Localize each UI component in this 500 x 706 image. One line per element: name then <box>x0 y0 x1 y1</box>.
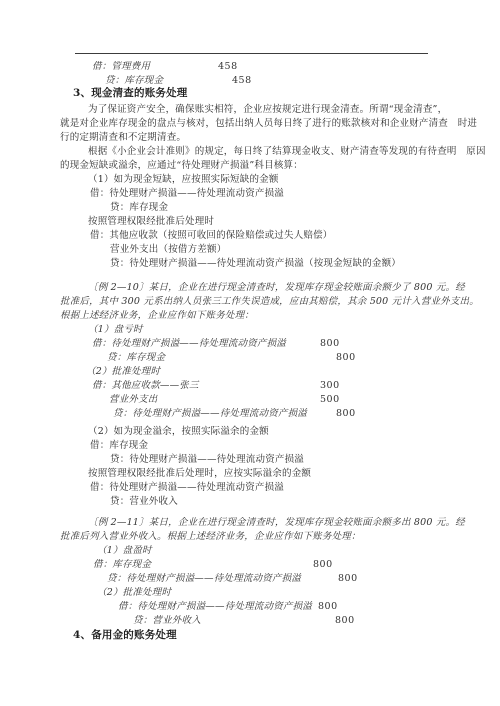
line-text: 借：库存现金 <box>90 440 148 451</box>
example-line: 批准后，其中 300 元系出纳人员张三工作失误造成，应由其赔偿，其余 500 元… <box>60 295 479 308</box>
body-line: 借：其他应收款（按照可收回的保险赔偿或过失人赔偿） <box>90 229 333 242</box>
example-line: 批准后列入营业外收入。根据上述经济业务，企业应作如下账务处理： <box>60 530 361 543</box>
amount: 300 <box>320 379 340 392</box>
line-text: 根据《小企业会计准则》的规定，每日终了结算现金收支、财产清查等发现的有待查明 原… <box>88 146 486 157</box>
example-line: （2）批准处理时 <box>97 586 171 599</box>
body-line: 为了保证资产安全，确保账实相符，企业应按规定进行现金清查。所谓“现金清查”， <box>88 103 447 116</box>
example-line: 借：其他应收款——张三300 <box>92 379 199 392</box>
section-heading: 3、现金清查的账务处理 <box>73 87 188 100</box>
section-heading: 4、备用金的账务处理 <box>73 629 177 642</box>
line-text: （1）如为现金短缺，应按照实际短缺的金额 <box>88 174 279 185</box>
line-text: （2）如为现金溢余，按照实际溢余的金额 <box>88 426 269 437</box>
example-line: 借：库存现金800 <box>93 558 151 571</box>
example-line: 贷：待处理财产损溢——待处理流动资产损溢800 <box>113 407 307 420</box>
example-line: 根据上述经济业务，企业应作如下账务处理： <box>60 309 254 322</box>
line-text: 贷：待处理财产损溢——待处理流动资产损溢 <box>107 573 301 584</box>
horizontal-divider <box>75 53 428 54</box>
line-text: 贷：待处理财产损溢——待处理流动资产损溢（按现金短缺的金额） <box>110 258 401 269</box>
line-text: 贷：待处理财产损溢——待处理流动资产损溢 <box>110 454 304 465</box>
line-text: 营业外支出 <box>109 394 158 405</box>
amount: 800 <box>318 600 338 613</box>
line-text: 批准后列入营业外收入。根据上述经济业务，企业应作如下账务处理： <box>60 531 361 542</box>
line-text: 借：其他应收款（按照可收回的保险赔偿或过失人赔偿） <box>90 230 333 241</box>
body-line: 贷：营业外收入 <box>110 495 178 508</box>
line-text: （2）批准处理时 <box>86 366 160 377</box>
line-text: 〔例 2—10〕某日，企业在进行现金清查时，发现库存现金较账面余额少了 800 … <box>88 282 465 293</box>
line-text: 借：待处理财产损溢——待处理流动资产损溢 <box>118 601 312 612</box>
example-line: 贷：库存现金800 <box>107 351 165 364</box>
line-text: 借：管理费用 <box>92 61 150 72</box>
body-line: 行的定期清查和不定期清查。 <box>60 131 186 144</box>
line-text: 按照管理权限经批准后处理时，应按实际溢余的金额 <box>88 468 311 479</box>
line-text: 借：待处理财产损溢——待处理流动资产损溢 <box>92 338 286 349</box>
line-text: 营业外支出（按借方差额） <box>110 244 226 255</box>
example-line: 贷：待处理财产损溢——待处理流动资产损溢800 <box>107 572 301 585</box>
line-text: 〔例 2—11〕某日，企业在进行现金清查时，发现库存现金较账面余额多出 800 … <box>88 517 465 528</box>
amount: 800 <box>335 614 355 627</box>
line-text: 为了保证资产安全，确保账实相符，企业应按规定进行现金清查。所谓“现金清查”， <box>88 104 447 115</box>
line-text: 贷：营业外收入 <box>110 496 178 507</box>
example-line: 营业外支出500 <box>109 393 158 406</box>
example-line: 借：待处理财产损溢——待处理流动资产损溢800 <box>118 600 312 613</box>
body-line: 贷：待处理财产损溢——待处理流动资产损溢 <box>110 453 304 466</box>
line-text: 批准后，其中 300 元系出纳人员张三工作失误造成，应由其赔偿，其余 500 元… <box>60 296 479 307</box>
example-line: （2）批准处理时 <box>86 365 160 378</box>
line-text: 借：库存现金 <box>93 559 151 570</box>
line-text: 行的定期清查和不定期清查。 <box>60 132 186 143</box>
body-line: 营业外支出（按借方差额） <box>110 243 226 256</box>
body-line: 借：库存现金 <box>90 439 148 452</box>
body-line: （2）如为现金溢余，按照实际溢余的金额 <box>88 425 269 438</box>
amount: 458 <box>218 60 238 73</box>
line-text: 借：待处理财产损溢——待处理流动资产损溢 <box>90 188 284 199</box>
amount: 800 <box>336 407 356 420</box>
journal-entry-line: 贷：库存现金458 <box>105 74 163 87</box>
line-text: （1）盘亏时 <box>88 324 143 335</box>
line-text: 4、备用金的账务处理 <box>73 629 177 641</box>
line-text: 贷：库存现金 <box>110 202 168 213</box>
line-text: 贷：库存现金 <box>105 75 163 86</box>
body-line: 的现金短缺或溢余，应通过“待处理财产损溢”科目核算： <box>60 159 303 172</box>
body-line: 借：待处理财产损溢——待处理流动资产损溢 <box>90 187 284 200</box>
amount: 800 <box>338 572 358 585</box>
line-text: 就是对企业库存现金的盘点与核对，包括出纳人员每日终了进行的账款核对和企业财产清查… <box>60 118 477 129</box>
journal-entry-line: 借：管理费用458 <box>92 60 150 73</box>
body-line: （1）如为现金短缺，应按照实际短缺的金额 <box>88 173 279 186</box>
amount: 800 <box>320 337 340 350</box>
line-text: 按照管理权限经批准后处理时 <box>88 216 214 227</box>
line-text: 贷：库存现金 <box>107 352 165 363</box>
line-text: 贷：营业外收入 <box>133 615 201 626</box>
line-text: 的现金短缺或溢余，应通过“待处理财产损溢”科目核算： <box>60 160 303 171</box>
example-line: （1）盘亏时 <box>88 323 143 336</box>
amount: 500 <box>320 393 340 406</box>
body-line: 贷：库存现金 <box>110 201 168 214</box>
line-text: （1）盘盈时 <box>97 545 152 556</box>
example-line: 〔例 2—10〕某日，企业在进行现金清查时，发现库存现金较账面余额少了 800 … <box>88 281 465 294</box>
amount: 458 <box>232 74 252 87</box>
line-text: 3、现金清查的账务处理 <box>73 87 188 99</box>
example-line: 借：待处理财产损溢——待处理流动资产损溢800 <box>92 337 286 350</box>
body-line: 按照管理权限经批准后处理时，应按实际溢余的金额 <box>88 467 311 480</box>
amount: 800 <box>336 351 356 364</box>
example-line: （1）盘盈时 <box>97 544 152 557</box>
line-text: 根据上述经济业务，企业应作如下账务处理： <box>60 310 254 321</box>
example-line: 〔例 2—11〕某日，企业在进行现金清查时，发现库存现金较账面余额多出 800 … <box>88 516 465 529</box>
line-text: （2）批准处理时 <box>97 587 171 598</box>
body-line: 按照管理权限经批准后处理时 <box>88 215 214 228</box>
body-line: 贷：待处理财产损溢——待处理流动资产损溢（按现金短缺的金额） <box>110 257 401 270</box>
amount: 800 <box>313 558 333 571</box>
body-line: 就是对企业库存现金的盘点与核对，包括出纳人员每日终了进行的账款核对和企业财产清查… <box>60 117 477 130</box>
line-text: 贷：待处理财产损溢——待处理流动资产损溢 <box>113 408 307 419</box>
document-page: 借：管理费用458贷：库存现金4583、现金清查的账务处理为了保证资产安全，确保… <box>0 0 500 706</box>
body-line: 根据《小企业会计准则》的规定，每日终了结算现金收支、财产清查等发现的有待查明 原… <box>88 145 486 158</box>
example-line: 贷：营业外收入800 <box>133 614 201 627</box>
body-line: 借：待处理财产损溢——待处理流动资产损溢 <box>90 481 284 494</box>
line-text: 借：待处理财产损溢——待处理流动资产损溢 <box>90 482 284 493</box>
line-text: 借：其他应收款——张三 <box>92 380 199 391</box>
